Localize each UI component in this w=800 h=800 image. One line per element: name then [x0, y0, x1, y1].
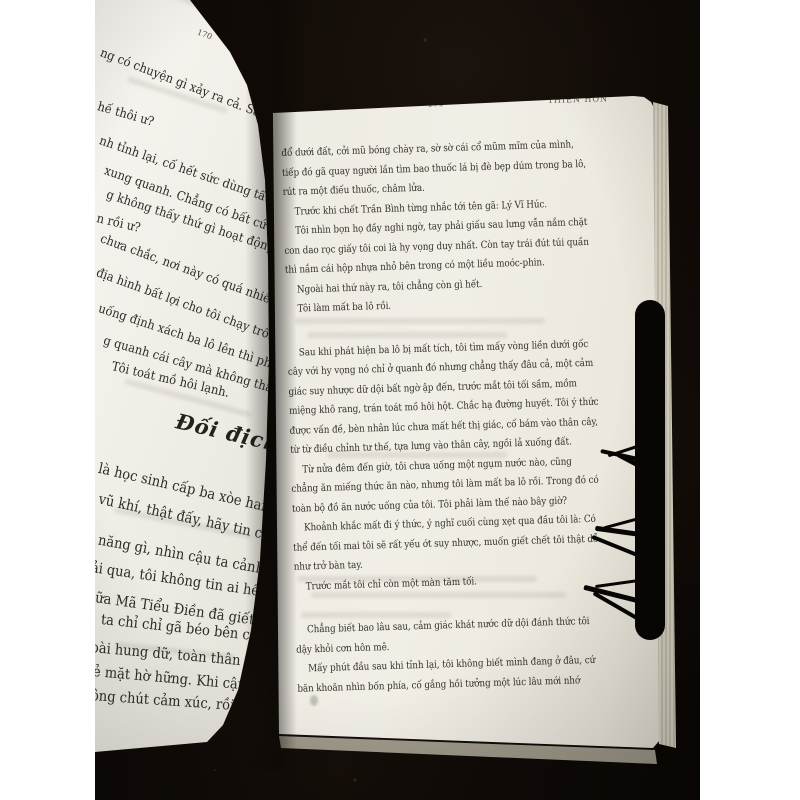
right-page-number: 171 — [428, 99, 445, 109]
photo-of-open-book: 170 ng có chuyện gì xảy ra cả. Sau lưng … — [95, 0, 700, 800]
page-stain — [310, 695, 318, 706]
chapter-heading: Đối địch — [174, 408, 283, 456]
left-page-text-line: hế thôi ư? — [96, 98, 156, 128]
right-page-text-block: 171 THIÊN HỒN đổ dưới đất, cởi mũ bóng c… — [280, 94, 626, 698]
right-page-header: 171 THIÊN HỒN — [280, 94, 608, 118]
book-photo-scene: 170 ng có chuyện gì xảy ra cả. Sau lưng … — [0, 0, 800, 800]
left-page-number: 170 — [196, 28, 213, 42]
bleedthrough-mark — [158, 0, 272, 35]
running-title: THIÊN HỒN — [547, 94, 608, 105]
